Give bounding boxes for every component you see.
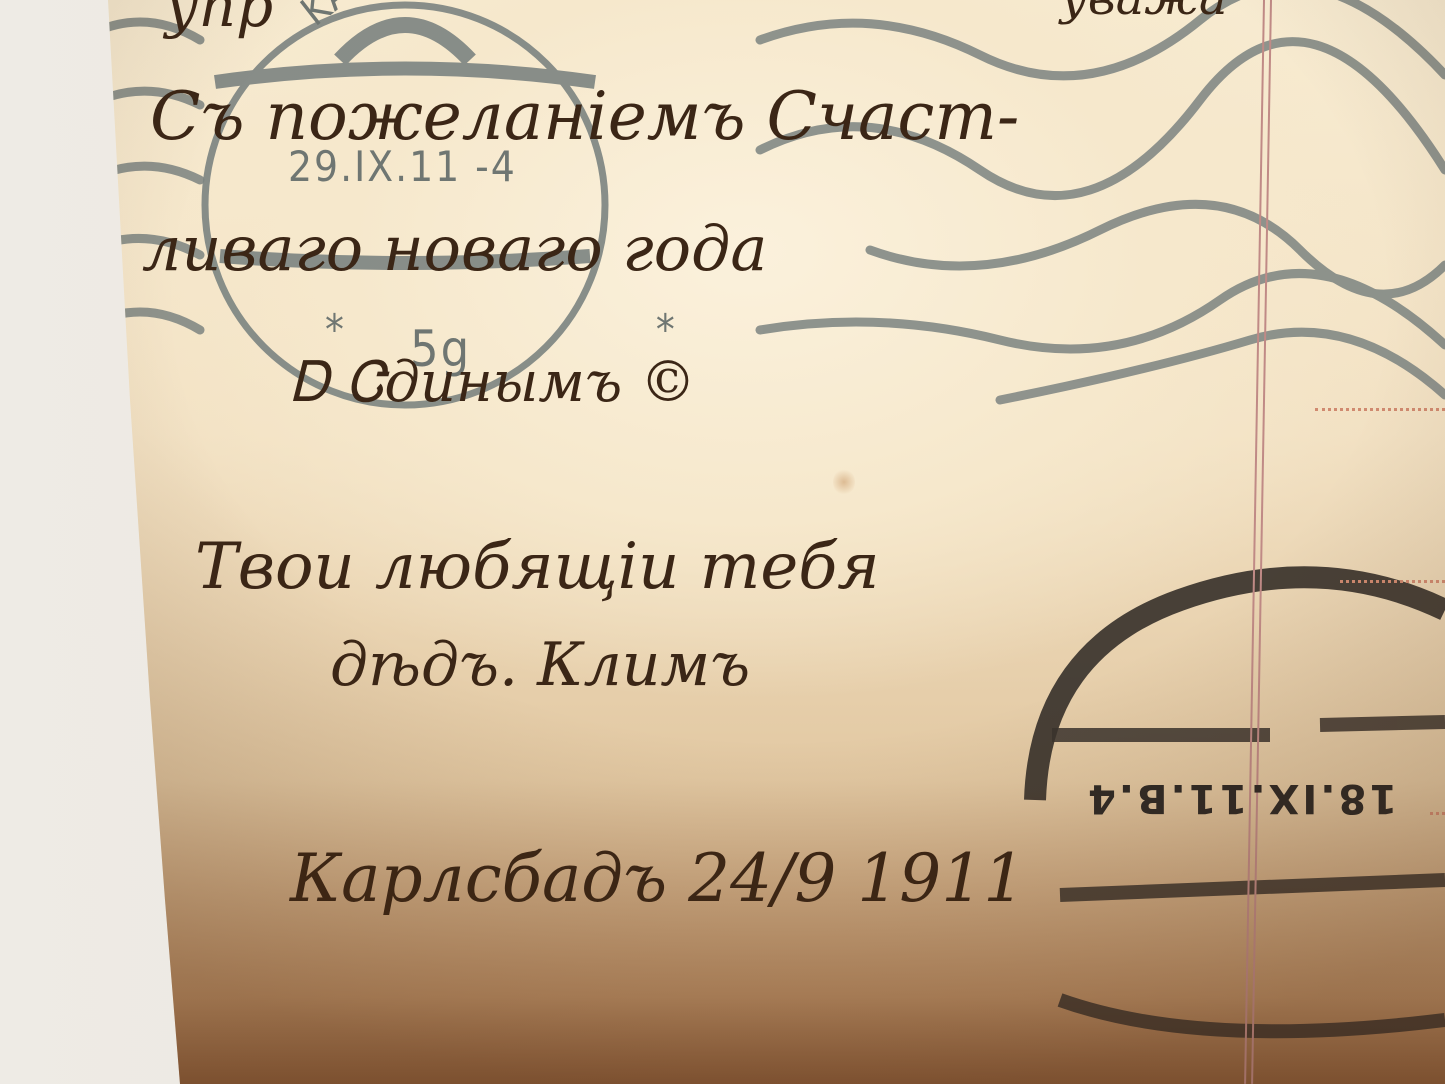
- fragment-top-left: упр: [165, 0, 273, 40]
- message-line-2: ливаго новаго года: [142, 212, 767, 285]
- address-line: [1315, 408, 1445, 411]
- message-line-1: Съ пожеланіемъ Счаст-: [150, 78, 1019, 155]
- postmark-stars: * *: [325, 305, 825, 354]
- message-line-4: Твои любящіи тебя: [195, 530, 880, 604]
- address-line: [1340, 580, 1445, 583]
- postmark-date-inverted: 18.IX.11.B.4: [1085, 775, 1397, 821]
- message-line-3: Ꭰ Ꮳдинымъ ©: [290, 350, 696, 416]
- message-line-5: дѣдъ. Климъ: [330, 630, 750, 700]
- fragment-top-right: уважа: [1060, 0, 1228, 26]
- address-line: [1430, 812, 1445, 815]
- paper-stain: [833, 468, 855, 496]
- postcard: KARLSBAD 7 29.IX.11 -4 * * 5g 18.IX.11.B…: [0, 0, 1445, 1084]
- message-line-6: Карлсбадъ 24/9 1911: [290, 840, 1025, 917]
